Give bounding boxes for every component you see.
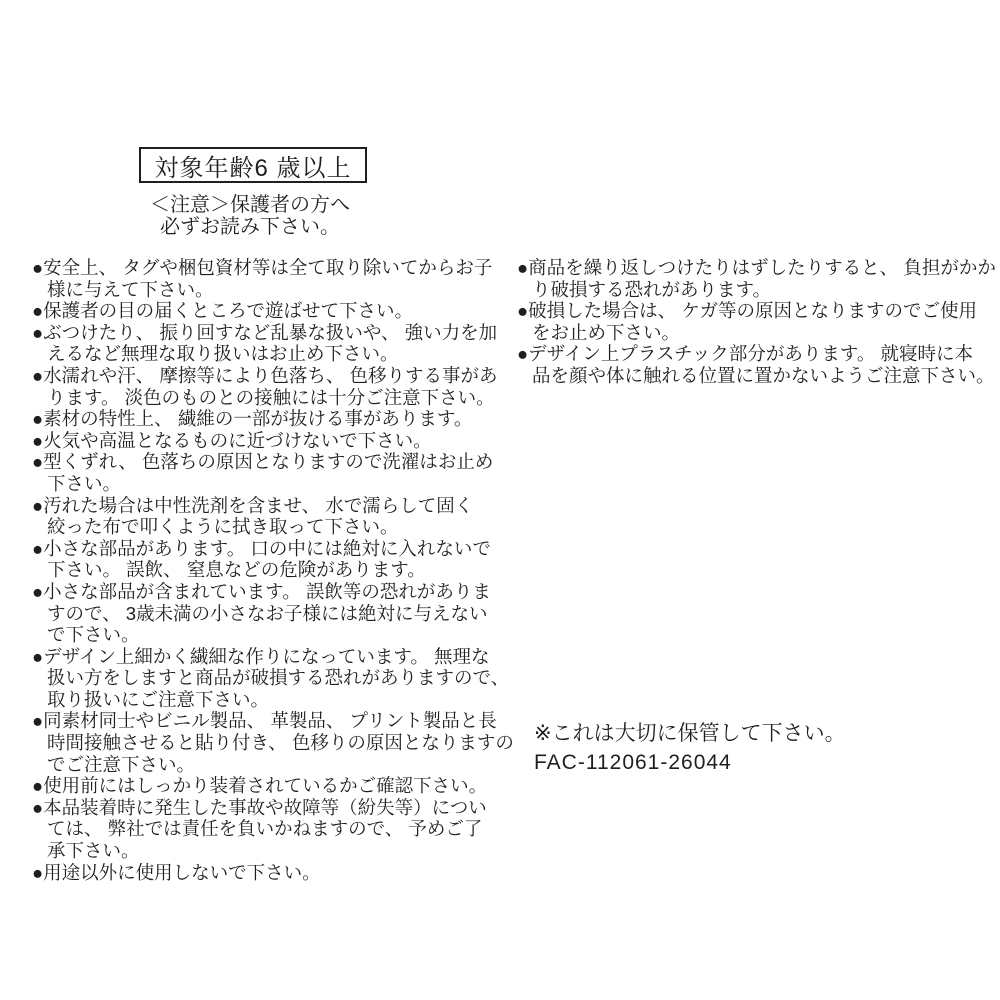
product-code: FAC-112061-26044 [534, 751, 732, 775]
warning-item: ●水濡れや汗、 摩擦等により色落ち、 色移りする事があ ります。 淡色のものとの… [32, 365, 552, 408]
warning-item: ●破損した場合は、 ケガ等の原因となりますのでご使用 をお止め下さい。 [517, 300, 1000, 343]
warning-item: ●本品装着時に発生した事故や故障等（紛失等）につい ては、 弊社では責任を負いか… [32, 797, 552, 862]
warning-item: ●小さな部品があります。 口の中には絶対に入れないで 下さい。 誤飲、 窒息など… [32, 538, 552, 581]
age-limit-text: 対象年齢6 歳以上 [154, 148, 351, 183]
warning-item: ●デザイン上細かく繊細な作りになっています。 無理な 扱い方をしますと商品が破損… [32, 646, 552, 711]
keep-note: ※これは大切に保管して下さい。 [534, 717, 846, 747]
warning-item: ●デザイン上プラスチック部分があります。 就寝時に本 品を顔や体に触れる位置に置… [517, 343, 1000, 386]
warning-item: ●使用前にはしっかり装着されているかご確認下さい。 [32, 775, 552, 797]
warnings-column-left: ●安全上、 タグや梱包資材等は全て取り除いてからお子 様に与えて下さい。 ●保護… [32, 257, 552, 883]
warning-item: ●火気や高温となるものに近づけないで下さい。 [32, 430, 552, 452]
warning-item: ●小さな部品が含まれています。 誤飲等の恐れがありま すので、 3歳未満の小さな… [32, 581, 552, 646]
warning-item: ●商品を繰り返しつけたりはずしたりすると、 負担がかか り破損する恐れがあります… [517, 257, 1000, 300]
warning-item: ●型くずれ、 色落ちの原因となりますので洗濯はお止め 下さい。 [32, 451, 552, 494]
care-instructions-sheet: 対象年齢6 歳以上 ＜注意＞保護者の方へ 必ずお読み下さい。 ●安全上、 タグや… [0, 0, 1000, 1000]
warning-item: ●安全上、 タグや梱包資材等は全て取り除いてからお子 様に与えて下さい。 [32, 257, 552, 300]
guardian-notice: ＜注意＞保護者の方へ 必ずお読み下さい。 [90, 194, 410, 238]
notice-line-2: 必ずお読み下さい。 [90, 216, 410, 238]
warning-item: ●同素材同士やビニル製品、 革製品、 プリント製品と長 時間接触させると貼り付き… [32, 710, 552, 775]
warning-item: ●汚れた場合は中性洗剤を含ませ、 水で濡らして固く 絞った布で叩くように拭き取っ… [32, 495, 552, 538]
age-limit-box: 対象年齢6 歳以上 [139, 147, 367, 183]
notice-line-1: ＜注意＞保護者の方へ [90, 194, 410, 216]
warning-item: ●ぶつけたり、 振り回すなど乱暴な扱いや、 強い力を加 えるなど無理な取り扱いは… [32, 322, 552, 365]
warning-item: ●保護者の目の届くところで遊ばせて下さい。 [32, 300, 552, 322]
warnings-column-right: ●商品を繰り返しつけたりはずしたりすると、 負担がかか り破損する恐れがあります… [517, 257, 1000, 387]
warning-item: ●用途以外に使用しないで下さい。 [32, 862, 552, 884]
warning-item: ●素材の特性上、 繊維の一部が抜ける事があります。 [32, 408, 552, 430]
